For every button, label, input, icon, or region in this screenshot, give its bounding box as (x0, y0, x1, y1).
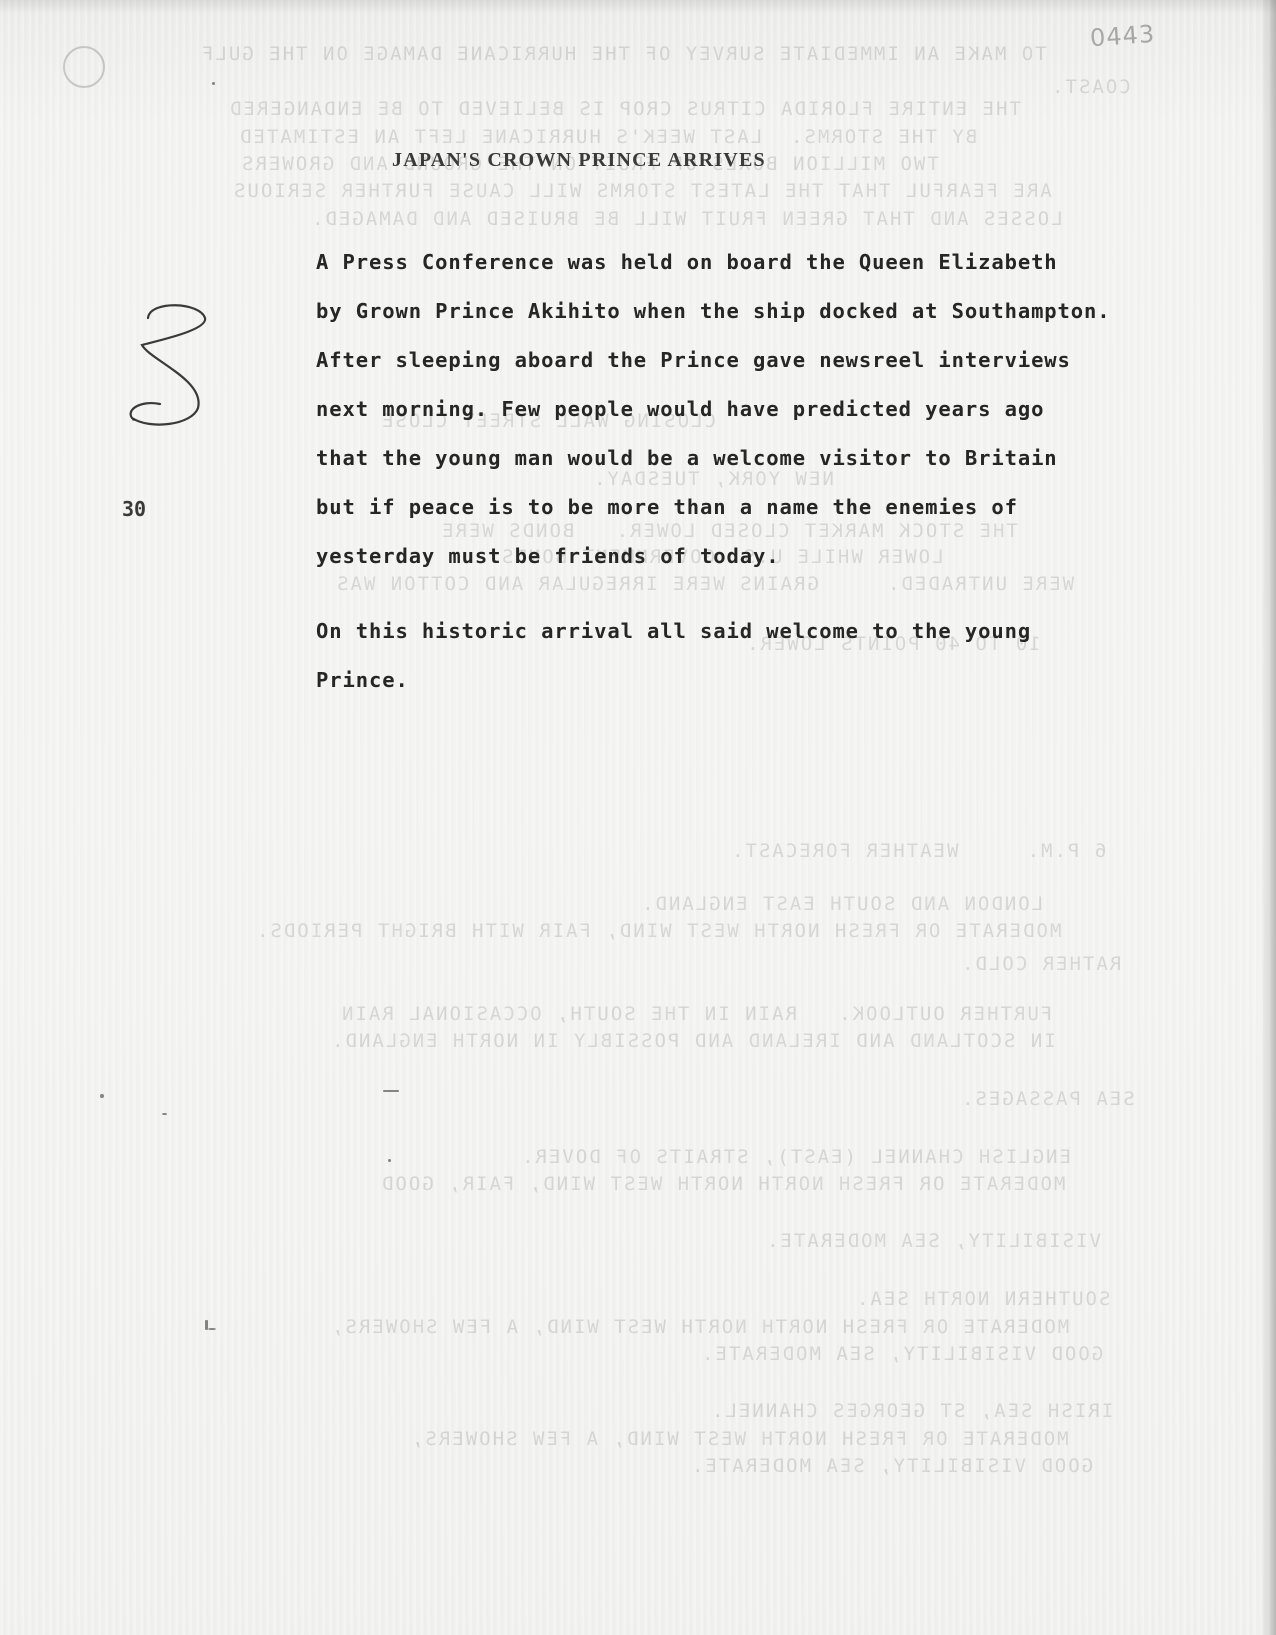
bleed-through-line: IN SCOTLAND AND IRELAND AND POSSIBLY IN … (330, 1032, 1056, 1051)
bleed-through-line: LOSSES AND THAT GREEN FRUIT WILL BE BRUI… (310, 210, 1063, 229)
bleed-through-line: ARE FEARFUL THAT THE LATEST STORMS WILL … (232, 182, 1052, 201)
body-line: by Grown Prince Akihito when the ship do… (316, 299, 1111, 323)
bleed-through-line: IRISH SEA, ST GEORGES CHANNEL. (710, 1402, 1113, 1421)
bleed-through-line: MODERATE OR FRESH NORTH WEST WIND, FAIR … (255, 922, 1061, 941)
scan-speck (212, 82, 215, 85)
scan-speck (208, 1328, 216, 1330)
bleed-through-line: RATHER COLD. (960, 955, 1121, 974)
body-line: After sleeping aboard the Prince gave ne… (316, 348, 1071, 372)
scan-speck (383, 1090, 399, 1092)
bleed-through-line: COAST. (1050, 78, 1131, 97)
punch-hole-icon (63, 46, 105, 88)
bleed-through-line: NEW YORK, TUESDAY. (592, 470, 834, 489)
bleed-through-line: 6 P.M. WEATHER FORECAST. (730, 842, 1106, 861)
scan-speck (132, 418, 135, 421)
page-top-shadow (0, 0, 1276, 14)
scanned-page: TO MAKE AN IMMEDIATE SURVEY OF THE HURRI… (0, 0, 1276, 1635)
bleed-through-line: THE STOCK MARKET CLOSED LOWER. BONDS WER… (440, 522, 1018, 541)
bleed-through-line: GOOD VISIBILITY, SEA MODERATE. (700, 1345, 1103, 1364)
bleed-through-line: MODERATE OR FRESH NORTH NORTH WEST WIND,… (380, 1175, 1065, 1194)
body-line: next morning. Few people would have pred… (316, 397, 1044, 421)
body-line: that the young man would be a welcome vi… (316, 446, 1058, 470)
margin-page-number: 30 (122, 497, 146, 521)
body-line: Prince. (316, 668, 409, 692)
bleed-through-line: FURTHER OUTLOOK. RAIN IN THE SOUTH, OCCA… (340, 1005, 1052, 1024)
bleed-through-line: MODERATE OR FRESH NORTH WEST WIND, A FEW… (410, 1430, 1069, 1449)
bleed-through-line: SEA PASSAGES. (960, 1090, 1135, 1109)
story-headline: JAPAN'S CROWN PRINCE ARRIVES (392, 149, 766, 172)
body-line: but if peace is to be more than a name t… (316, 495, 1018, 519)
bleed-through-line: SOUTHERN NORTH SEA. (855, 1290, 1110, 1309)
bleed-through-line: ENGLISH CHANNEL (EAST), STRAITS OF DOVER… (520, 1148, 1071, 1167)
body-line: On this historic arrival all said welcom… (316, 619, 1031, 643)
scan-speck (100, 1094, 104, 1098)
scan-speck (162, 1113, 167, 1115)
handwritten-three-mark (120, 300, 220, 435)
bleed-through-line: BY THE STORMS. LAST WEEK'S HURRICANE LEF… (238, 128, 977, 147)
body-line: A Press Conference was held on board the… (316, 250, 1058, 274)
bleed-through-line: GOOD VISIBILITY, SEA MODERATE. (690, 1457, 1093, 1476)
page-right-edge-shadow (1260, 0, 1276, 1635)
bleed-through-line: WERE UNTRADED. GRAINS WERE IRREGULAR AND… (335, 575, 1074, 594)
bleed-through-line: THE ENTIRE FLORIDA CITRUS CROP IS BELIEV… (228, 100, 1021, 119)
bleed-through-line: MODERATE OR FRESH NORTH NORTH WEST WIND,… (330, 1318, 1069, 1337)
bleed-through-line: LONDON AND SOUTH EAST ENGLAND. (640, 895, 1043, 914)
archive-reference-number: 0443 (1089, 20, 1156, 52)
bleed-through-line: TO MAKE AN IMMEDIATE SURVEY OF THE HURRI… (200, 45, 1047, 64)
scan-speck (388, 1159, 391, 1162)
body-line: yesterday must be friends of today. (316, 544, 779, 568)
bleed-through-line: VISIBILITY, SEA MODERATE. (765, 1232, 1101, 1251)
